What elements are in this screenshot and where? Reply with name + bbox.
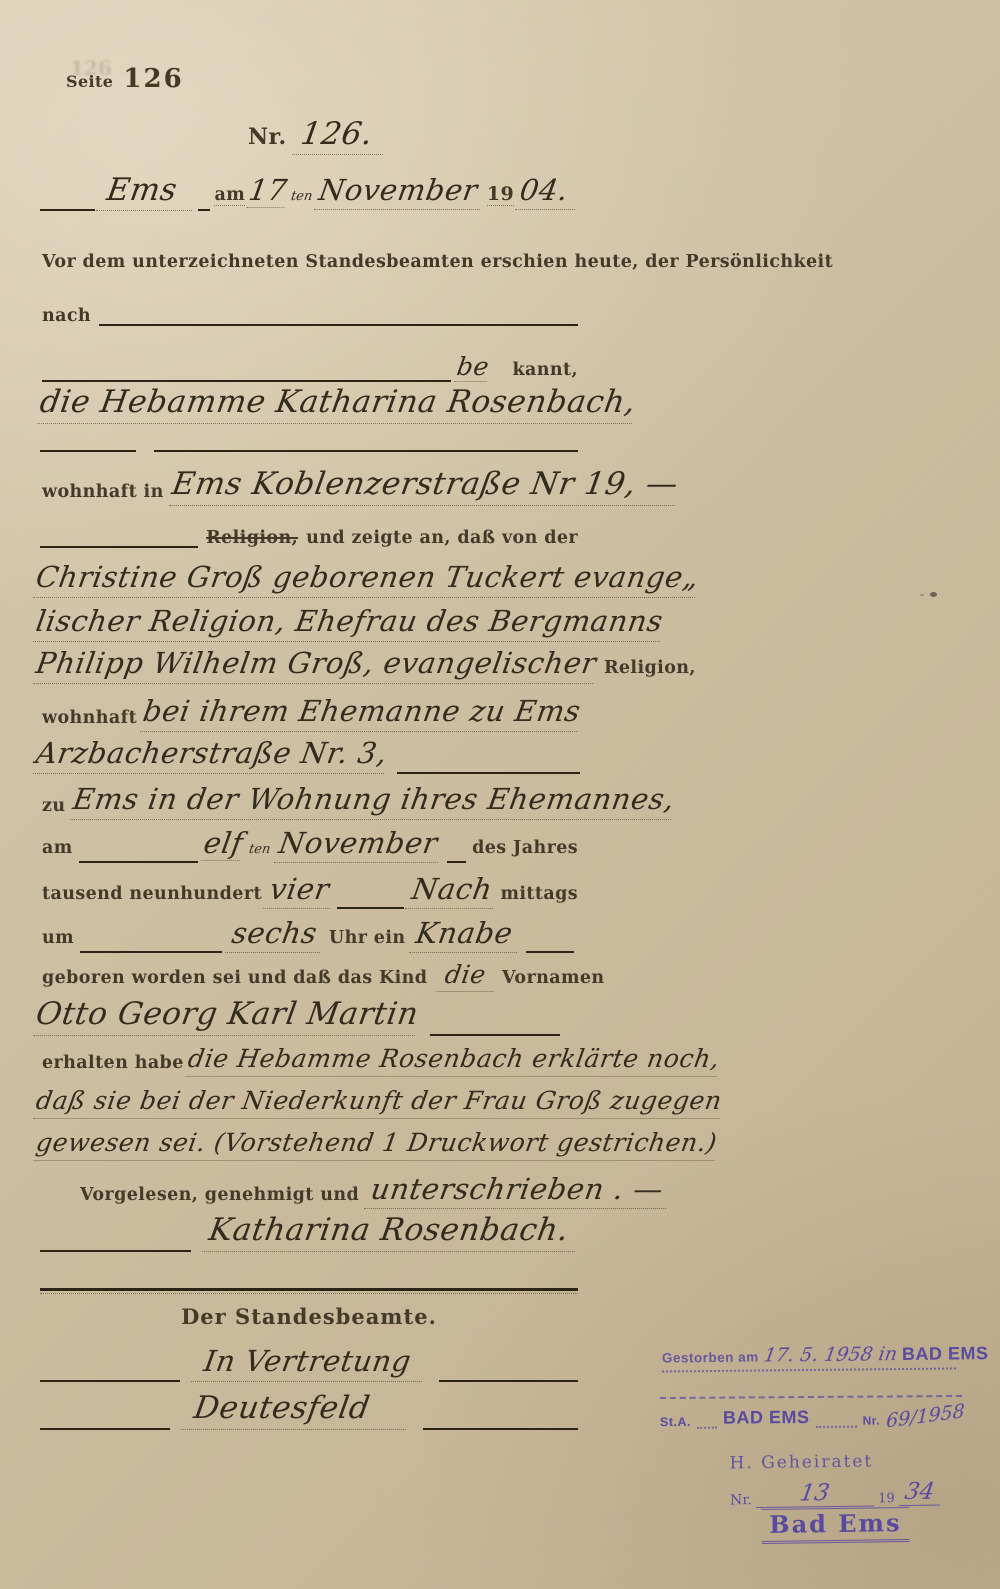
official-title-line: Der Standesbeamte.: [40, 1304, 578, 1329]
mother-residence-hand: bei ihrem Ehemanne zu Ems: [140, 694, 583, 732]
ink-speck: [930, 592, 937, 597]
religion-struck: Religion,: [206, 528, 298, 548]
birth-year-hand: vier: [263, 872, 336, 909]
marriage-place-stamp: Bad Ems: [761, 1507, 910, 1544]
mother-residence-line2: Arzbacherstraße Nr. 3,: [36, 736, 580, 774]
erhalten-label: erhalten habe: [42, 1053, 184, 1077]
bekannt-line: be kannt,: [42, 352, 578, 382]
des-jahres-label: des Jahres: [472, 838, 578, 858]
geheiratet-label: H. Geheiratet: [729, 1451, 939, 1474]
closing-line1: erhalten habe die Hebamme Rosenbach erkl…: [42, 1044, 582, 1077]
day-suffix: ten: [248, 842, 272, 857]
intro-text: Vor dem unterzeichneten Standesbeamten e…: [42, 252, 833, 272]
nr-label: Nr.: [730, 1492, 752, 1508]
blank-line: [80, 947, 222, 953]
ink-speck: [920, 594, 924, 596]
sta-label: St.A.: [660, 1415, 691, 1429]
month-hand: November: [314, 173, 486, 210]
blank-line: [40, 205, 95, 211]
be-hand: be: [454, 352, 491, 382]
religion-label: Religion,: [604, 658, 696, 678]
vertretung-hand: In Vertretung: [191, 1344, 428, 1382]
blank-dash: [198, 205, 210, 211]
mother-line3: Philipp Wilhelm Groß, evangelischer Reli…: [36, 646, 580, 684]
notice-line: Religion, und zeigte an, daß von der: [40, 528, 578, 548]
marriage-year-hand: 34: [899, 1479, 941, 1507]
kannt-label: kannt,: [513, 360, 579, 380]
nr-label: Nr.: [863, 1414, 881, 1428]
am-label: am: [214, 185, 245, 206]
official-signature-line: Deutesfeld: [40, 1390, 578, 1430]
mother-line3-hand: Philipp Wilhelm Groß, evangelischer: [33, 646, 599, 684]
nach-hand: Nach: [406, 872, 500, 909]
blank-line: [40, 1246, 191, 1252]
nr-label: Nr.: [248, 124, 287, 150]
zu-label: zu: [42, 796, 65, 820]
die-hand: die: [437, 960, 499, 992]
intro-line2: nach: [42, 306, 578, 326]
appearer-hand: die Hebamme Katharina Rosenbach,: [37, 384, 639, 424]
marriage-place-wrap: Bad Ems: [730, 1508, 940, 1540]
names-line: Otto Georg Karl Martin: [36, 996, 580, 1036]
signature-hand: Katharina Rosenbach.: [202, 1212, 582, 1252]
blank-line: [40, 542, 198, 548]
blank-line: [439, 1376, 578, 1382]
notice-rest: und zeigte an, daß von der: [306, 528, 578, 548]
blank-line: [99, 320, 578, 326]
dotted-leader: [816, 1422, 857, 1428]
birthplace-line: zu Ems in der Wohnung ihres Ehemannes,: [42, 782, 578, 820]
marriage-stamp: H. Geheiratet Nr. 13 19 34 Bad Ems: [729, 1451, 940, 1540]
mother-residence-line1: wohnhaft bei ihrem Ehemanne zu Ems: [42, 694, 578, 732]
birthplace-hand: Ems in der Wohnung ihres Ehemannes,: [70, 782, 677, 820]
residence-hand: Ems Koblenzerstraße Nr 19, —: [169, 466, 681, 506]
street-hand: Arzbacherstraße Nr. 3,: [33, 736, 390, 774]
death-stamp: Gestorben am 17. 5. 1958 in BAD EMS: [662, 1342, 956, 1372]
residence-line: wohnhaft in Ems Koblenzerstraße Nr 19, —: [42, 466, 578, 506]
wohnhaft-label: wohnhaft: [42, 708, 137, 732]
closing-line3: gewesen sei. (Vorstehend 1 Druckwort ges…: [36, 1128, 566, 1161]
blank-line: [42, 376, 451, 382]
am-label: am: [42, 838, 73, 858]
registry-page: 126 Seite 126 Nr. 126. Ems am 17ten Nove…: [0, 0, 1000, 1589]
blank-dash: [447, 857, 466, 863]
birthdate-line1: am elften November des Jahres: [42, 826, 578, 863]
mittags-label: mittags: [500, 884, 578, 904]
birthdate-line2: tausend neunhundert vier Nach mittags: [42, 872, 578, 909]
child-sex-hand: Knabe: [409, 916, 523, 953]
blank-line: [154, 446, 578, 452]
vorgelesen-label: Vorgelesen, genehmigt und: [80, 1185, 359, 1209]
tausend-label: tausend neunhundert: [42, 884, 262, 904]
mother-line2-hand: lischer Religion, Ehefrau des Bergmanns: [33, 604, 666, 642]
date-suffix: ten: [290, 189, 314, 204]
um-label: um: [42, 928, 74, 948]
registry-number-hand: 69/1958: [886, 1400, 965, 1432]
hour-hand: sechs: [225, 916, 326, 953]
blank-dash: [526, 947, 574, 953]
vorgelesen-line: Vorgelesen, genehmigt und unterschrieben…: [80, 1172, 578, 1209]
stamp-dashed-line: [660, 1395, 962, 1399]
death-date-hand: 17. 5. 1958 in: [762, 1343, 899, 1366]
date-hand: 17: [246, 173, 290, 208]
signature-line: Katharina Rosenbach.: [40, 1212, 578, 1252]
vornamen-label: Vornamen: [502, 968, 605, 988]
registry-place-stamp: BAD EMS: [723, 1407, 810, 1429]
record-number: Nr. 126.: [248, 116, 386, 155]
section-rule: [40, 1288, 578, 1294]
birthdate-line3: um sechs Uhr ein Knabe: [42, 916, 578, 953]
child-names-hand: Otto Georg Karl Martin: [33, 996, 421, 1036]
page-header: Seite 126: [66, 64, 184, 94]
wohnhaft-in-label: wohnhaft in: [42, 482, 164, 506]
blank-line: [40, 446, 136, 452]
page-number: 126: [123, 64, 183, 94]
mother-line1: Christine Groß geborenen Tuckert evange„: [36, 560, 580, 598]
dotted-leader: [697, 1423, 717, 1429]
intro-line1: Vor dem unterzeichneten Standesbeamten e…: [42, 252, 580, 272]
mother-line2: lischer Religion, Ehefrau des Bergmanns: [36, 604, 536, 642]
seite-label: Seite: [66, 72, 113, 91]
unterschrieben-hand: unterschrieben . —: [364, 1172, 672, 1209]
birth-month-hand: November: [274, 826, 444, 863]
marriage-number-hand: 13: [756, 1479, 875, 1508]
blank-line: [430, 1030, 560, 1036]
marriage-number-line: Nr. 13 19 34: [730, 1479, 940, 1509]
year-hand: 04.: [515, 173, 581, 210]
standesbeamte-label: Der Standesbeamte.: [181, 1304, 437, 1329]
blank-segments: [40, 446, 578, 452]
blank-line: [397, 768, 580, 774]
gestorben-label: Gestorben am: [662, 1350, 759, 1366]
blank-line: [40, 1424, 170, 1430]
nach-label: nach: [42, 306, 91, 326]
blank-line: [337, 903, 404, 909]
uhr-ein-label: Uhr ein: [329, 928, 406, 948]
mother-line1-hand: Christine Groß geborenen Tuckert evange„: [33, 560, 701, 598]
year-printed: 19: [878, 1491, 895, 1506]
closing-hand1: die Hebamme Rosenbach erklärte noch,: [185, 1044, 722, 1077]
nr-value: 126.: [291, 116, 389, 155]
day-hand: elf: [202, 826, 247, 861]
dateline: Ems am 17ten November 19 04.: [40, 172, 578, 211]
year-printed: 19: [487, 183, 514, 206]
geboren-label: geboren worden sei und daß das Kind: [42, 968, 427, 988]
closing-line2: daß sie bei der Niederkunft der Frau Gro…: [36, 1086, 580, 1119]
registry-stamp: St.A. BAD EMS Nr. 69/1958: [660, 1405, 965, 1429]
blank-line: [79, 857, 199, 863]
official-name-hand: Deutesfeld: [181, 1390, 413, 1430]
child-line: geboren worden sei und daß das Kind die …: [42, 960, 578, 992]
closing-hand2: daß sie bei der Niederkunft der Frau Gro…: [33, 1086, 724, 1119]
blank-line: [40, 1376, 180, 1382]
appearer-line: die Hebamme Katharina Rosenbach,: [40, 384, 578, 424]
blank-line: [423, 1424, 578, 1430]
death-place-stamp: BAD EMS: [902, 1343, 989, 1365]
place-hand: Ems: [95, 172, 197, 211]
vertretung-line: In Vertretung: [40, 1344, 578, 1382]
closing-hand3: gewesen sei. (Vorstehend 1 Druckwort ges…: [33, 1128, 719, 1161]
